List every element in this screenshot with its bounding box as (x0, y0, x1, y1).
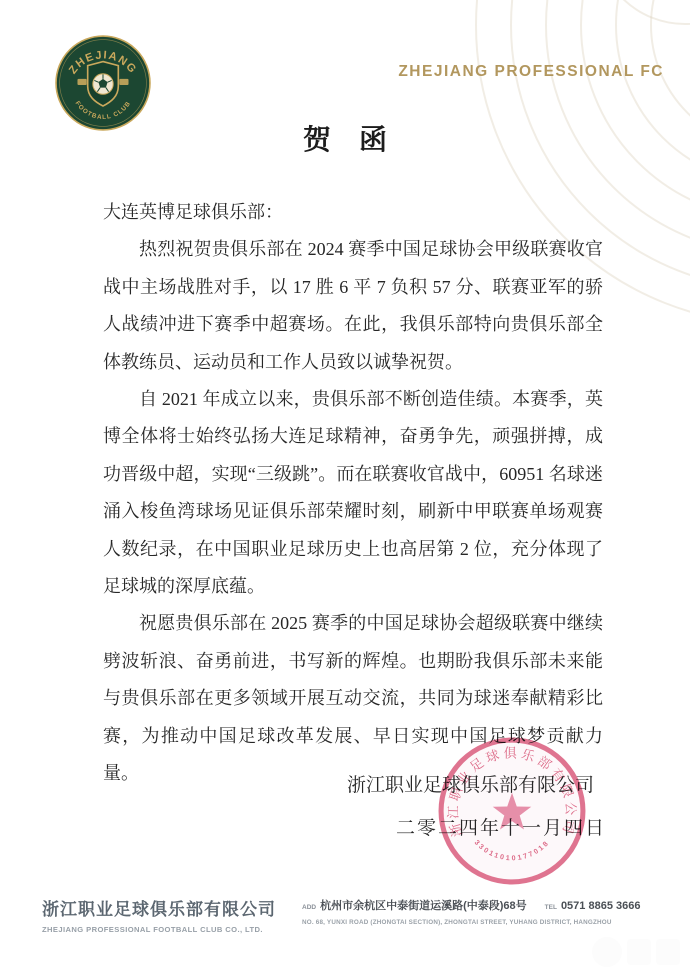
photo-watermark (592, 932, 684, 972)
svg-text:33011010177018: 33011010177018 (473, 838, 552, 862)
seal-number: 33011010177018 (473, 838, 552, 862)
footer-address-line: ADD 杭州市余杭区中泰街道运溪路(中泰段)68号 TEL0571 8865 3… (302, 897, 640, 913)
footer-contact-block: ADD 杭州市余杭区中泰街道运溪路(中泰段)68号 TEL0571 8865 3… (302, 895, 640, 926)
letter-body: 大连英博足球俱乐部： 热烈祝贺贵俱乐部在 2024 赛季中国足球协会甲级联赛收官… (103, 194, 603, 793)
paragraph-1: 热烈祝贺贵俱乐部在 2024 赛季中国足球协会甲级联赛收官战中主场战胜对手，以 … (103, 231, 603, 381)
signature-company: 浙江职业足球俱乐部有限公司 (347, 770, 594, 797)
footer-tel-number: 0571 8865 3666 (561, 900, 641, 912)
footer-company-cn: 浙江职业足球俱乐部有限公司 (42, 895, 292, 920)
footer-company-block: 浙江职业足球俱乐部有限公司 ZHEJIANG PROFESSIONAL FOOT… (42, 895, 292, 934)
letter-title: 贺 函 (0, 118, 690, 158)
footer-address-en: NO. 68, YUNXI ROAD (ZHONGTAI SECTION), Z… (302, 919, 640, 926)
letter-page: ZHEJIANG FOOTBALL CLUB ZHEJIANG PROFESSI… (0, 0, 690, 976)
footer-address-cn: 杭州市余杭区中泰街道运溪路(中泰段)68号 (320, 897, 527, 913)
tel-label: TEL (545, 904, 557, 911)
logo-right-mark (119, 79, 128, 85)
paragraph-3: 祝愿贵俱乐部在 2025 赛季的中国足球协会超级联赛中继续劈波斩浪、奋勇前进，书… (103, 605, 603, 792)
salutation: 大连英博足球俱乐部： (103, 194, 603, 231)
logo-left-mark (77, 79, 86, 85)
paragraph-2: 自 2021 年成立以来，贵俱乐部不断创造佳绩。本赛季，英博全体将士始终弘扬大连… (103, 381, 603, 605)
footer-company-en: ZHEJIANG PROFESSIONAL FOOTBALL CLUB CO.,… (42, 925, 292, 934)
address-label: ADD (302, 904, 316, 911)
signature-block: 浙江职业足球俱乐部有限公司 二零二四年十一月四日 (347, 770, 606, 840)
signature-date: 二零二四年十一月四日 (347, 813, 606, 840)
footer: 浙江职业足球俱乐部有限公司 ZHEJIANG PROFESSIONAL FOOT… (42, 895, 660, 934)
club-wordmark: ZHEJIANG PROFESSIONAL FC (398, 63, 664, 81)
